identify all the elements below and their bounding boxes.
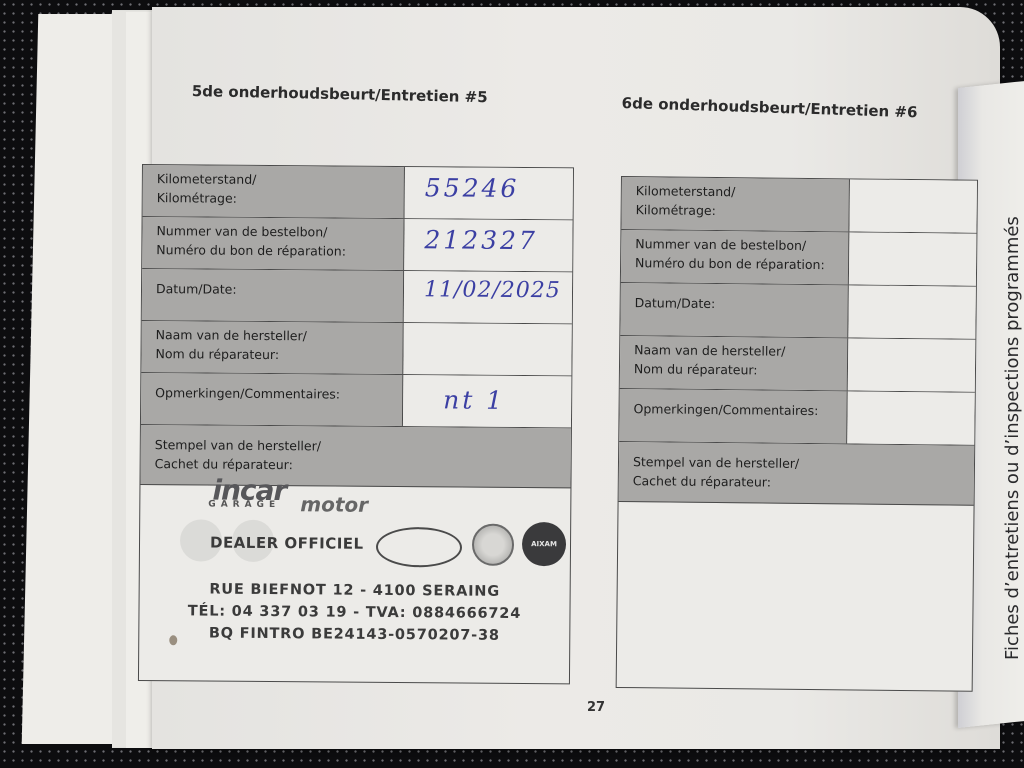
mileage-row: Kilometerstand/Kilométrage: [621,177,977,234]
order-number-field[interactable]: 212327 [404,219,572,271]
comments-value: nt 1 [443,385,505,414]
repairer-stamp: incar GARAGE motor DEALER OFFICIEL AIXAM… [139,485,570,676]
repairer-name-label: Naam van de hersteller/Nom du réparateur… [620,336,849,390]
entry-6-form: Kilometerstand/Kilométrage: Nummer van d… [616,176,978,692]
comments-label: Opmerkingen/Commentaires: [619,389,848,443]
ink-smudge [169,635,177,645]
order-number-row: Nummer van de bestelbon/Numéro du bon de… [621,230,977,287]
comments-field[interactable] [847,391,975,444]
stamp-address: RUE BIEFNOT 12 - 4100 SERAING [140,581,570,600]
oval-logo-icon [376,527,462,568]
date-value: 11/02/2025 [424,277,561,303]
entry-5-form: Kilometerstand/Kilométrage: 55246 Nummer… [138,164,574,684]
page-number: 27 [587,700,605,715]
order-number-field[interactable] [849,232,977,285]
stamp-label-row: Stempel van de hersteller/Cachet du répa… [140,425,570,488]
repairer-name-label: Naam van de hersteller/Nom du réparateur… [141,321,403,374]
mileage-label: Kilometerstand/Kilométrage: [621,177,850,231]
mileage-field[interactable]: 55246 [405,167,573,219]
date-row: Datum/Date: [620,283,976,340]
side-tab-text: Fiches d’entretiens ou d’inspections pro… [1002,216,1023,660]
mileage-row: Kilometerstand/Kilométrage: 55246 [143,165,573,220]
stamp-motor-text: motor [300,492,368,517]
date-row: Datum/Date: 11/02/2025 [142,269,572,324]
repairer-name-field[interactable] [848,338,976,391]
aixam-logo-icon: AIXAM [522,522,566,566]
stamp-garage-text: GARAGE [208,500,280,511]
date-label: Datum/Date: [620,283,849,337]
stamp-phone-vat: TÉL: 04 337 03 19 - TVA: 0884666724 [139,603,569,622]
comments-row: Opmerkingen/Commentaires: nt 1 [141,373,571,428]
repairer-name-field[interactable] [403,323,571,375]
repairer-stamp-empty[interactable] [617,502,974,694]
date-label: Datum/Date: [142,269,404,322]
order-number-value: 212327 [424,225,538,255]
mileage-label: Kilometerstand/Kilométrage: [143,165,405,218]
order-number-row: Nummer van de bestelbon/Numéro du bon de… [142,217,572,272]
stamp-bank: BQ FINTRO BE24143-0570207-38 [139,625,569,644]
comments-row: Opmerkingen/Commentaires: [619,389,975,446]
repairer-name-row: Naam van de hersteller/Nom du réparateur… [141,321,571,376]
comments-field[interactable]: nt 1 [403,375,571,427]
date-field[interactable]: 11/02/2025 [404,271,572,323]
mileage-value: 55246 [425,173,520,203]
round-logo-icon [472,524,514,566]
stamp-label-row: Stempel van de hersteller/Cachet du répa… [619,442,975,506]
comments-label: Opmerkingen/Commentaires: [141,373,403,426]
date-field[interactable] [848,285,976,338]
repairer-name-row: Naam van de hersteller/Nom du réparateur… [620,336,976,393]
stamp-dealer-text: DEALER OFFICIEL [210,534,364,553]
order-number-label: Nummer van de bestelbon/Numéro du bon de… [142,217,404,270]
order-number-label: Nummer van de bestelbon/Numéro du bon de… [621,230,850,284]
mileage-field[interactable] [849,179,977,232]
